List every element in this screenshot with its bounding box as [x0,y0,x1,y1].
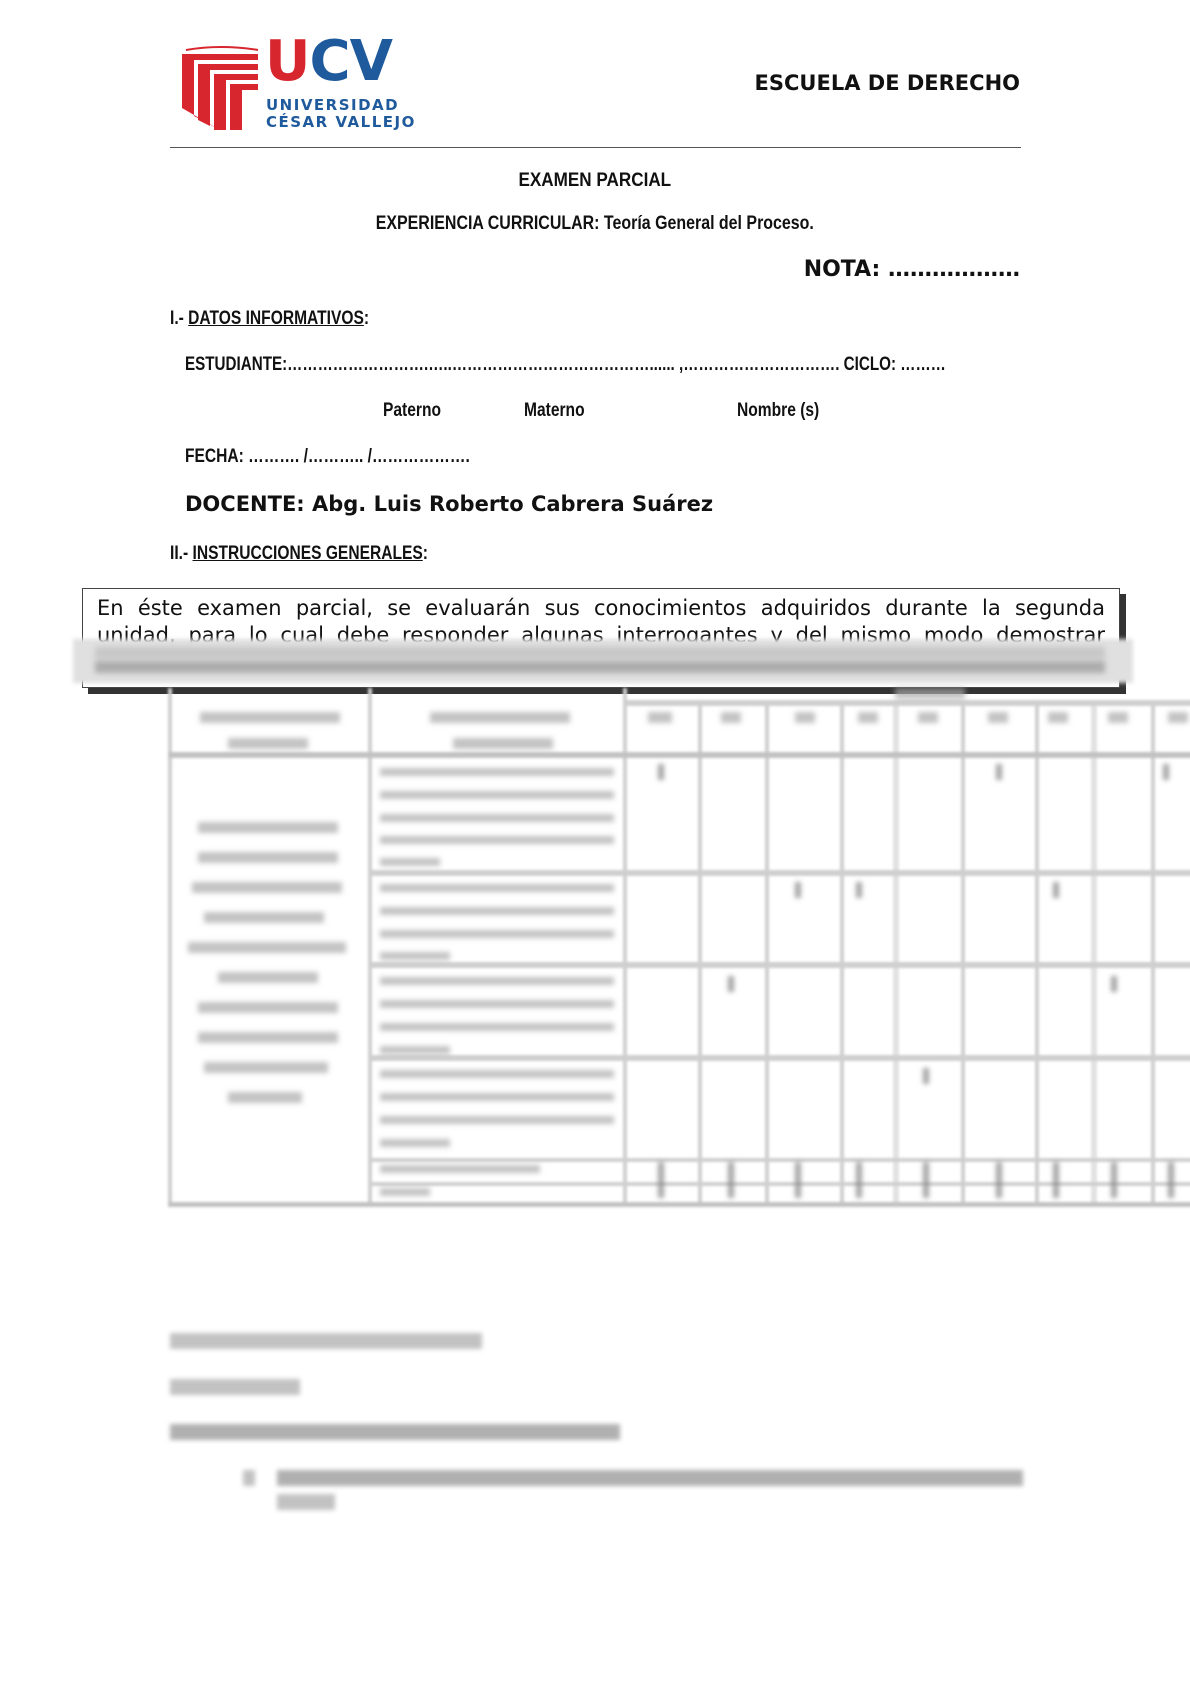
blurred-section-heading [170,1333,482,1349]
logo-university-name: UNIVERSIDAD CÉSAR VALLEJO [266,97,416,131]
section-datos-heading: I.- DATOS INFORMATIVOS: [170,308,369,330]
blurred-question-1 [277,1470,1023,1486]
blurred-subsection-heading [170,1379,300,1395]
section-instrucciones-heading: II.- INSTRUCCIONES GENERALES: [170,543,428,565]
header-divider [170,147,1021,148]
logo-wordmark: UCV [265,34,392,90]
blurred-question-number [243,1470,255,1486]
book-shield-icon [180,46,270,136]
name-part-materno: Materno [524,400,585,422]
instructions-box: En éste examen parcial, se evaluarán sus… [82,588,1120,688]
evaluation-table [168,688,1190,1206]
student-field[interactable]: ESTUDIANTE:……………………….…..…………………………………...… [185,354,946,376]
blurred-text [95,647,1105,659]
name-part-paterno: Paterno [383,400,441,422]
teacher-name: DOCENTE: Abg. Luis Roberto Cabrera Suáre… [185,492,713,516]
exam-title: EXAMEN PARCIAL [0,170,1190,192]
grade-field[interactable]: NOTA: ……………… [804,257,1020,282]
blurred-question-1-cont [277,1494,335,1510]
blurred-text [95,661,1105,673]
blurred-instruction [170,1424,620,1440]
curricular-experience: EXPERIENCIA CURRICULAR: Teoría General d… [0,213,1190,235]
date-field[interactable]: FECHA: ………. /……….. /………………. [185,446,470,468]
school-name: ESCUELA DE DERECHO [755,71,1020,95]
name-part-nombres: Nombre (s) [737,400,819,422]
